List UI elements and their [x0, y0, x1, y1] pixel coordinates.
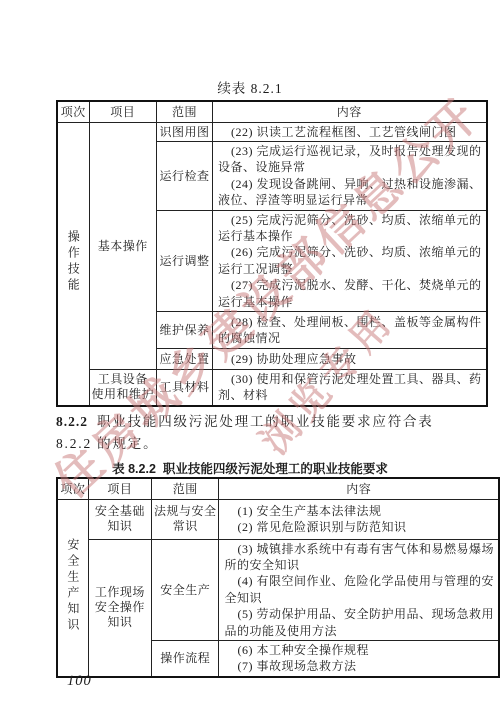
content-line: 品的功能及使用方法 [224, 623, 494, 639]
content-line: (23) 完成运行巡视记录，及时报告处理发现的 [218, 143, 482, 159]
table1-content-r2: (23) 完成运行巡视记录，及时报告处理发现的 设备、设施异常 (24) 发现设… [213, 141, 487, 210]
table1-scope-r2: 运行检查 [157, 141, 213, 210]
section-number: 8.2.2 [56, 414, 88, 429]
content-line: (26) 完成污泥筛分、洗砂、均质、浓缩单元的 [218, 244, 482, 260]
table1-header-scope: 范围 [157, 101, 213, 122]
label-line: 法规与安全 [154, 504, 217, 519]
content-line: (2) 常见危险源识别与防范知识 [224, 519, 494, 535]
table2-header-row: 项次 项目 范围 内容 [57, 478, 499, 499]
table1-header-content: 内容 [213, 101, 487, 122]
label-line: 常识 [154, 519, 217, 534]
content-line: 运行基本操作 [218, 294, 482, 310]
document-page: { "watermark": { "line1": "住房城乡建设部信息公开",… [0, 0, 500, 724]
table1-category-label: 操作技能 [65, 230, 81, 294]
table-8-2-2: 项次 项目 范围 内容 安全生产知识 安全基础 知识 法规与安全 常识 (1) … [56, 477, 500, 678]
table2-content-r2: (3) 城镇排水系统中有毒有害气体和易燃易爆场 所的安全知识 (4) 有限空间作… [219, 539, 499, 640]
table1-content-r1: (22) 识读工艺流程框图、工艺管线闸门图 [213, 122, 487, 141]
section-line-2: 8.2.2 的规定。 [56, 433, 446, 455]
table2-header-item: 项目 [88, 478, 151, 499]
table2-group-site-cell: 工作现场 安全操作 知识 [88, 539, 151, 677]
table-row: 操作技能 基本操作 识图用图 (22) 识读工艺流程框图、工艺管线闸门图 [57, 122, 487, 141]
content-line: (27) 完成污泥脱水、发酵、干化、焚烧单元的 [218, 277, 482, 293]
table1-scope-r3: 运行调整 [157, 210, 213, 311]
section-8-2-2: 8.2.2职业技能四级污泥处理工的职业技能要求应符合表 8.2.2 的规定。 [56, 411, 446, 455]
content-line: (3) 城镇排水系统中有毒有害气体和易燃易爆场 [224, 541, 494, 557]
table1-scope-r4: 维护保养 [157, 311, 213, 348]
content-line: (4) 有限空间作业、危险化学品使用与管理的安 [224, 573, 494, 589]
table1-content-r3: (25) 完成污泥筛分、洗砂、均质、浓缩单元的 运行基本操作 (26) 完成污泥… [213, 210, 487, 311]
table-8-2-1-continued: 项次 项目 范围 内容 操作技能 基本操作 识图用图 (22) 识读工艺流程框图… [56, 100, 488, 407]
content-line: (25) 完成污泥筛分、洗砂、均质、浓缩单元的 [218, 212, 482, 228]
table2-header-item-no: 项次 [57, 478, 88, 499]
table1-category-cell: 操作技能 [57, 122, 89, 406]
table2-header-scope: 范围 [151, 478, 219, 499]
table-row: 安全生产知识 安全基础 知识 法规与安全 常识 (1) 安全生产基本法律法规 (… [57, 499, 499, 539]
section-text: 职业技能四级污泥处理工的职业技能要求应符合表 [97, 414, 434, 429]
page-number: 100 [67, 673, 92, 690]
table2-category-cell: 安全生产知识 [57, 499, 88, 677]
table2-scope-r1: 法规与安全 常识 [151, 499, 219, 539]
content-line: 的腐蚀情况 [218, 330, 482, 346]
section-line-1: 8.2.2职业技能四级污泥处理工的职业技能要求应符合表 [56, 411, 446, 433]
label-line: 知识 [91, 615, 149, 630]
content-line: 所的安全知识 [224, 557, 494, 573]
table2-group-base-cell: 安全基础 知识 [88, 499, 151, 539]
table1-content-r5: (29) 协助处理应急事故 [213, 348, 487, 369]
table1-scope-r1: 识图用图 [157, 122, 213, 141]
content-line: 运行工况调整 [218, 261, 482, 277]
table1-group-basic-cell: 基本操作 [89, 122, 157, 369]
content-line: (5) 劳动保护用品、安全防护用品、现场急救用 [224, 606, 494, 622]
table2-content-r3: (6) 本工种安全操作规程 (7) 事故现场急救方法 [219, 640, 499, 676]
content-line: 全知识 [224, 590, 494, 606]
content-line: 运行基本操作 [218, 228, 482, 244]
table2-scope-r2: 安全生产 [151, 539, 219, 640]
table1-content-r6: (30) 使用和保管污泥处理处置工具、器具、药 剂、材料 [213, 369, 487, 405]
content-line: 设备、设施异常 [218, 159, 482, 175]
label-line: 工作现场 [91, 585, 149, 600]
section-text-continued: 8.2.2 的规定。 [56, 436, 158, 451]
content-line: (22) 识读工艺流程框图、工艺管线闸门图 [218, 124, 482, 140]
table1-content-r4: (28) 检查、处理闸板、围栏、盖板等金属构件 的腐蚀情况 [213, 311, 487, 348]
table1-scope-r5: 应急处置 [157, 348, 213, 369]
label-line: 知识 [91, 519, 149, 534]
table-row: 工具设备 使用和维护 工具材料 (30) 使用和保管污泥处理处置工具、器具、药 … [57, 369, 487, 405]
content-line: 剂、材料 [218, 387, 482, 403]
table1-group-tools-cell: 工具设备 使用和维护 [89, 369, 157, 405]
content-line: (28) 检查、处理闸板、围栏、盖板等金属构件 [218, 314, 482, 330]
label-line: 工具设备 [92, 372, 155, 387]
continued-table-title: 续表 8.2.1 [56, 77, 444, 97]
label-line: 安全操作 [91, 600, 149, 615]
label-line: 安全基础 [91, 504, 149, 519]
table-8-2-2-caption: 表 8.2.2 职业技能四级污泥处理工的职业技能要求 [0, 459, 500, 477]
table2-category-label: 安全生产知识 [65, 538, 81, 634]
content-line: (1) 安全生产基本法律法规 [224, 503, 494, 519]
content-line: (30) 使用和保管污泥处理处置工具、器具、药 [218, 371, 482, 387]
content-line: (29) 协助处理应急事故 [218, 351, 482, 367]
content-line: 液位、浮渣等明显运行异常 [218, 192, 482, 208]
table1-header-item: 项目 [89, 101, 157, 122]
table1-scope-r6: 工具材料 [157, 369, 213, 405]
table-row: 工作现场 安全操作 知识 安全生产 (3) 城镇排水系统中有毒有害气体和易燃易爆… [57, 539, 499, 640]
table2-scope-r3: 操作流程 [151, 640, 219, 676]
label-line: 使用和维护 [92, 387, 155, 402]
table2-header-content: 内容 [219, 478, 499, 499]
table1-header-item-no: 项次 [57, 101, 89, 122]
content-line: (6) 本工种安全操作规程 [224, 642, 494, 658]
table2-content-r1: (1) 安全生产基本法律法规 (2) 常见危险源识别与防范知识 [219, 499, 499, 539]
content-line: (7) 事故现场急救方法 [224, 658, 494, 674]
content-line: (24) 发现设备跳闸、异响、过热和设施渗漏、 [218, 176, 482, 192]
table1-header-row: 项次 项目 范围 内容 [57, 101, 487, 122]
